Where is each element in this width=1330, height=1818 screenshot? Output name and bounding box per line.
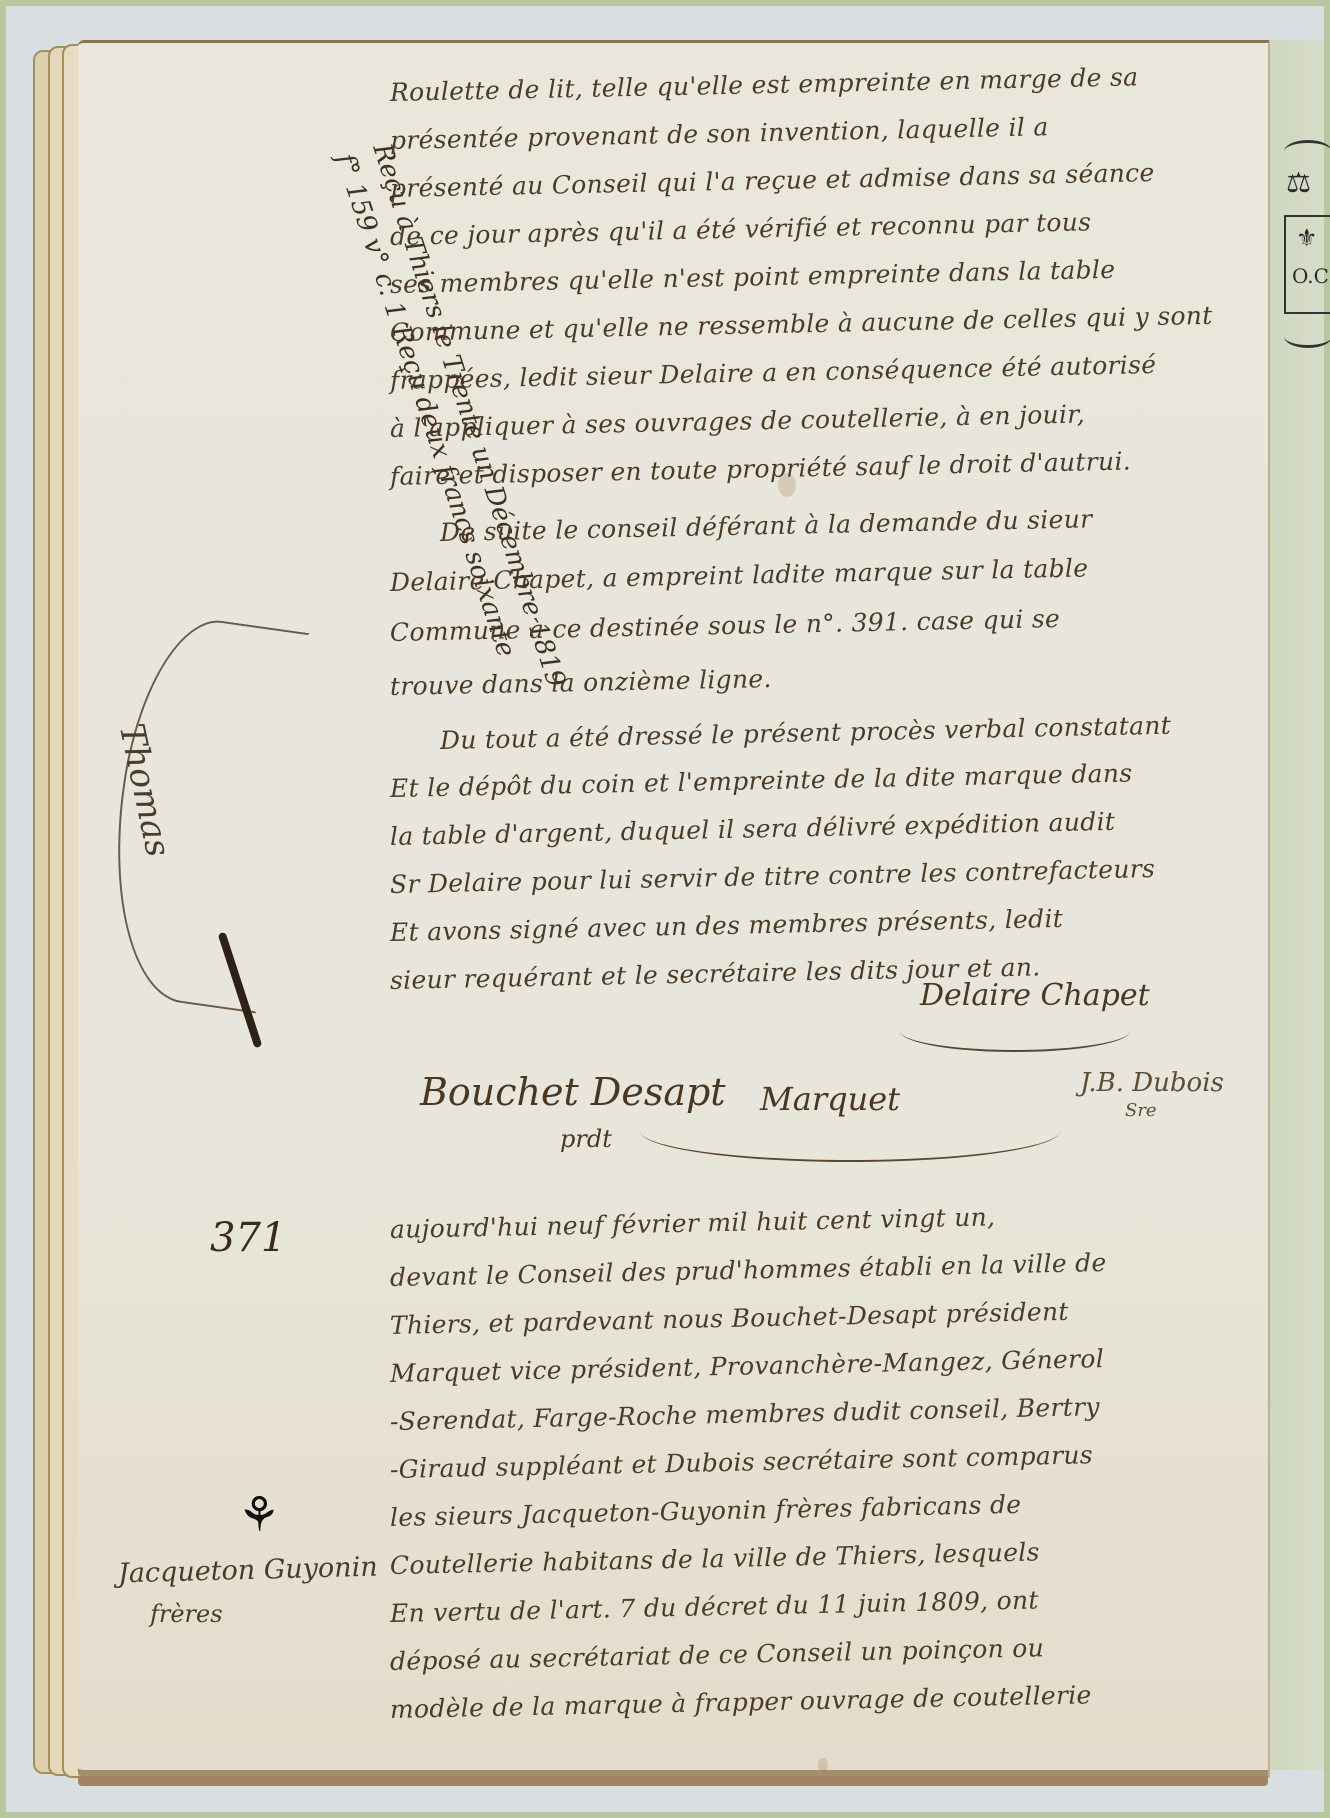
fleur-de-lis-icon: ⚜: [1296, 224, 1318, 252]
maker-mark-icon: ⚘: [234, 1485, 284, 1550]
signature-flourish: [900, 1010, 1130, 1052]
signature-president-title: prdt: [560, 1125, 612, 1153]
signature-secretary-title: Sre: [1125, 1100, 1157, 1121]
maker-name-freres: frères: [150, 1600, 223, 1628]
scales-icon: ⚖: [1286, 166, 1311, 199]
signature-flourish: [640, 1100, 1060, 1162]
stamp-arc-bottom: [1284, 325, 1330, 348]
page-bottom-edge: [78, 1776, 1268, 1786]
signature-delaire-chapet: Delaire Chapet: [920, 978, 1150, 1013]
official-stamp: ⚖ ⚜ O.C: [1278, 140, 1330, 350]
ink-stain: [818, 1758, 828, 1772]
signature-dubois: J.B. Dubois: [1080, 1068, 1224, 1098]
stamp-arc-top: [1284, 140, 1330, 163]
entry-number: 371: [210, 1215, 286, 1261]
stamp-text: O.C: [1292, 264, 1329, 288]
